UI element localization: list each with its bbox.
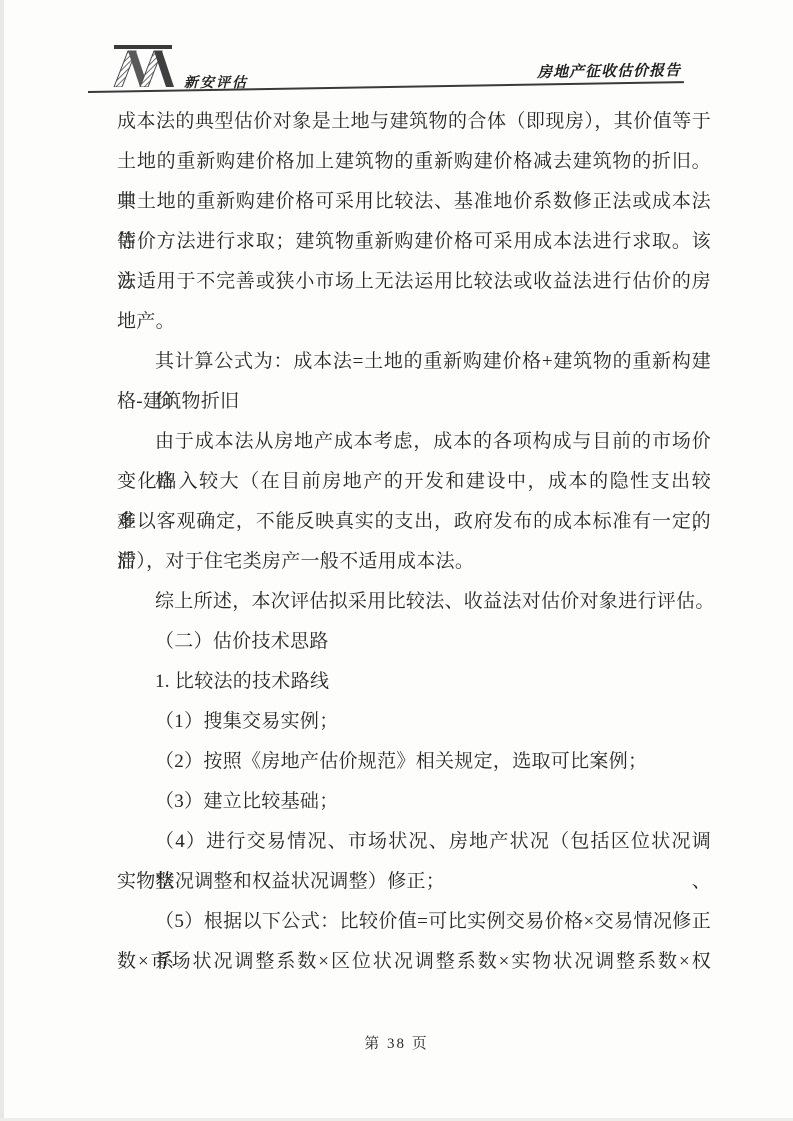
text-line: 综上所述，本次评估拟采用比较法、收益法对估价对象进行评估。 xyxy=(117,582,711,622)
text-line: 难以客观确定，不能反映真实的支出，政府发布的成本标准有一定的滞 xyxy=(117,502,711,542)
text-line: 后），对于住宅类房产一般不适用成本法。 xyxy=(117,542,711,582)
text-line: 其计算公式为：成本法=土地的重新购建价格+建筑物的重新构建价 xyxy=(117,342,711,382)
text-line: （2）按照《房地产估价规范》相关规定，选取可比案例； xyxy=(117,742,711,782)
text-line: 数×市场状况调整系数×区位状况调整系数×实物状况调整系数×权 xyxy=(117,942,711,982)
text-line: （5）根据以下公式：比较价值=可比实例交易价格×交易情况修正系 xyxy=(117,902,711,942)
text-line: （3）建立比较基础； xyxy=(117,782,711,822)
text-line: 法适用于不完善或狭小市场上无法运用比较法或收益法进行估价的房 xyxy=(117,262,711,302)
text-line: 格-建筑物折旧 xyxy=(117,382,711,422)
scan-edge-left xyxy=(0,0,4,1121)
page-footer: 第 38 页 xyxy=(0,1032,793,1053)
text-line: 1. 比较法的技术路线 xyxy=(117,662,711,702)
text-line: 中土地的重新购建价格可采用比较法、基准地价系数修正法或成本法等 xyxy=(117,182,711,222)
text-line: 由于成本法从房地产成本考虑，成本的各项构成与目前的市场价格 xyxy=(117,422,711,462)
document-page: 新安评估 房地产征收估价报告 成本法的典型估价对象是土地与建筑物的合体（即现房）… xyxy=(0,0,793,1121)
page-number: 第 38 页 xyxy=(364,1036,429,1052)
text-line: （4）进行交易情况、市场状况、房地产状况（包括区位状况调整、 xyxy=(117,822,711,862)
text-line: 土地的重新购建价格加上建筑物的重新购建价格减去建筑物的折旧。其 xyxy=(117,142,711,182)
company-logo: 新安评估 xyxy=(112,45,242,89)
company-logo-icon xyxy=(112,45,178,87)
text-line: 地产。 xyxy=(117,302,711,342)
text-line: （二）估价技术思路 xyxy=(117,622,711,662)
page-header: 新安评估 房地产征收估价报告 xyxy=(0,0,793,100)
text-line: 估价方法进行求取；建筑物重新购建价格可采用成本法进行求取。该方 xyxy=(117,222,711,262)
text-line: （1）搜集交易实例； xyxy=(117,702,711,742)
text-line: 变化出入较大（在目前房地产的开发和建设中，成本的隐性支出较多， xyxy=(117,462,711,502)
report-title: 房地产征收估价报告 xyxy=(537,59,681,82)
text-line: 成本法的典型估价对象是土地与建筑物的合体（即现房），其价值等于 xyxy=(117,102,711,142)
body-text: 成本法的典型估价对象是土地与建筑物的合体（即现房），其价值等于土地的重新购建价格… xyxy=(117,102,711,982)
